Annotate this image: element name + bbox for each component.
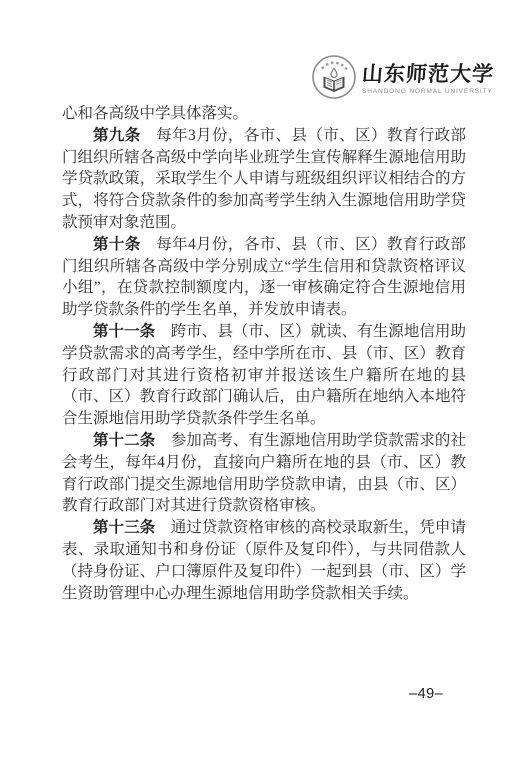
paragraph-article-11: 第十一条跨市、县（市、区）就读、有生源地信用助学贷款需求的高考学生，经中学所在市… [62,321,466,430]
university-name-block: 山东师范大学 SHANDONG NORMAL UNIVERSITY [362,62,494,96]
article-term: 第十二条 [93,432,155,449]
university-name-chinese: 山东师范大学 [361,62,495,86]
page-number: –49– [409,686,443,702]
paragraph-article-12: 第十二条参加高考、有生源地信用助学贷款需求的社会考生，每年4月份，直接向户籍所在… [62,430,466,517]
article-term: 第十条 [93,236,141,253]
document-page: 山东师范大学 SHANDONG NORMAL UNIVERSITY 心和各高级中… [0,0,525,768]
paragraph-article-9: 第九条每年3月份，各市、县（市、区）教育行政部门组织所辖各高级中学向毕业班学生宣… [62,125,466,234]
university-letterhead: 山东师范大学 SHANDONG NORMAL UNIVERSITY [311,54,467,104]
paragraph-text: 心和各高级中学具体落实。 [62,105,248,122]
university-name-english: SHANDONG NORMAL UNIVERSITY [362,87,494,96]
paragraph-article-10: 第十条每年4月份，各市、县（市、区）教育行政部门组织所辖各高级中学分别成立“学生… [62,234,466,321]
article-term: 第十三条 [93,519,155,536]
paragraph-article-13: 第十三条通过贷款资格审核的高校录取新生，凭申请表、录取通知书和身份证（原件及复印… [62,517,466,604]
article-term: 第十一条 [93,323,155,340]
university-seal-icon [311,54,357,105]
article-term: 第九条 [93,127,141,144]
document-body: 心和各高级中学具体落实。 第九条每年3月份，各市、县（市、区）教育行政部门组织所… [62,103,466,604]
paragraph-continuation: 心和各高级中学具体落实。 [62,103,466,125]
